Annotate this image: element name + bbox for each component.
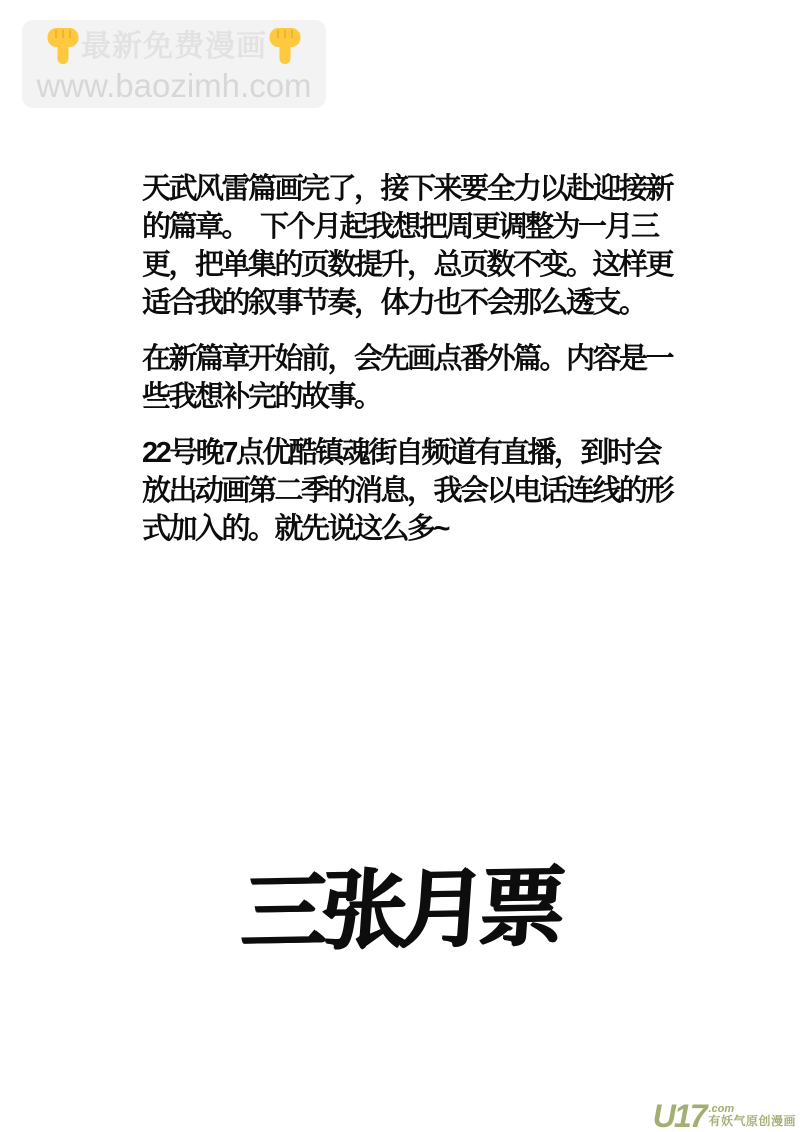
u17-logo-tagline: 有妖气原创漫画 xyxy=(708,1114,796,1128)
watermark-url: www.baozimh.com xyxy=(36,69,311,103)
pointing-down-icon xyxy=(47,25,79,70)
u17-logo: U17 .com 有妖气原创漫画 xyxy=(653,1104,796,1128)
pointing-down-icon xyxy=(269,25,301,70)
announcement-text-block: 天武风雷篇画完了，接下来要全力以赴迎接新 的篇章。 下个月起我想把周更调整为一月… xyxy=(142,170,672,566)
announcement-paragraph-extras: 在新篇章开始前，会先画点番外篇。内容是一 些我想补完的故事。 xyxy=(142,340,672,416)
watermark-banner: 最新免费漫画 www.baozimh.com xyxy=(22,20,326,108)
announcement-paragraph-schedule: 天武风雷篇画完了，接下来要全力以赴迎接新 的篇章。 下个月起我想把周更调整为一月… xyxy=(142,170,672,322)
u17-logo-domain: .com xyxy=(708,1104,734,1114)
watermark-title-row: 最新免费漫画 xyxy=(47,25,301,69)
watermark-title: 最新免费漫画 xyxy=(81,30,267,64)
comic-announcement-page: 最新免费漫画 www.baozimh.com 天武风雷篇画完了，接下来要全力以 xyxy=(0,0,800,1132)
u17-logo-brand: U17 xyxy=(653,1104,706,1128)
announcement-paragraph-livestream: 22号晚7点优酷镇魂街自频道有直播，到时会 放出动画第二季的消息，我会以电话连线… xyxy=(142,434,672,548)
u17-logo-right-column: .com 有妖气原创漫画 xyxy=(708,1104,796,1128)
monthly-ticket-calligraphy: 三张月票 xyxy=(0,833,800,971)
